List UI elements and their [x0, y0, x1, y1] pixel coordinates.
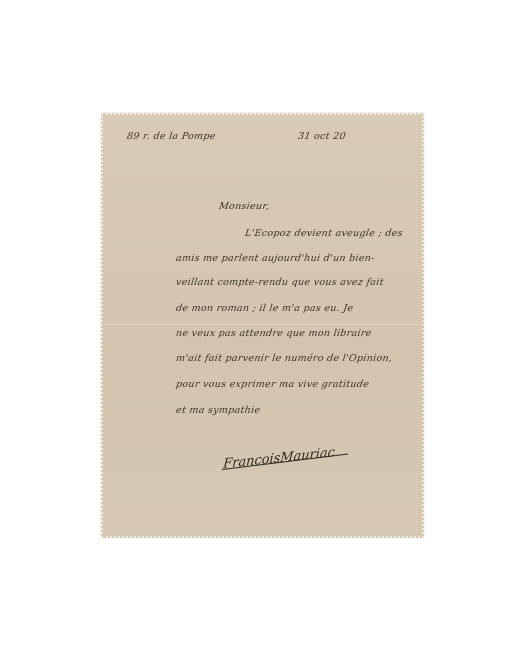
letter-line-4: de mon roman ; il le m'a pas eu. Je — [175, 303, 354, 314]
letter-line-3: veillant compte-rendu que vous avez fait — [175, 277, 384, 288]
letter-salutation: Monsieur, — [218, 201, 270, 212]
letter-paper: 89 r. de la Pompe 31 oct 20 Monsieur, L'… — [101, 113, 424, 538]
letter-date: 31 oct 20 — [297, 131, 346, 142]
letter-line-8: et ma sympathie — [175, 405, 261, 416]
letter-signature: FrancoisMauriac — [223, 445, 336, 472]
letter-address: 89 r. de la Pompe — [126, 131, 216, 142]
letter-line-7: pour vous exprimer ma vive gratitude — [175, 379, 370, 390]
letter-line-2: amis me parlent aujourd'hui d'un bien- — [175, 253, 375, 264]
letter-line-5: ne veux pas attendre que mon libraire — [175, 328, 372, 339]
letter-line-1: L'Ecopoz devient aveugle ; des — [244, 228, 403, 239]
fold-line — [101, 324, 424, 326]
letter-line-6: m'ait fait parvenir le numéro de l'Opini… — [175, 353, 393, 364]
